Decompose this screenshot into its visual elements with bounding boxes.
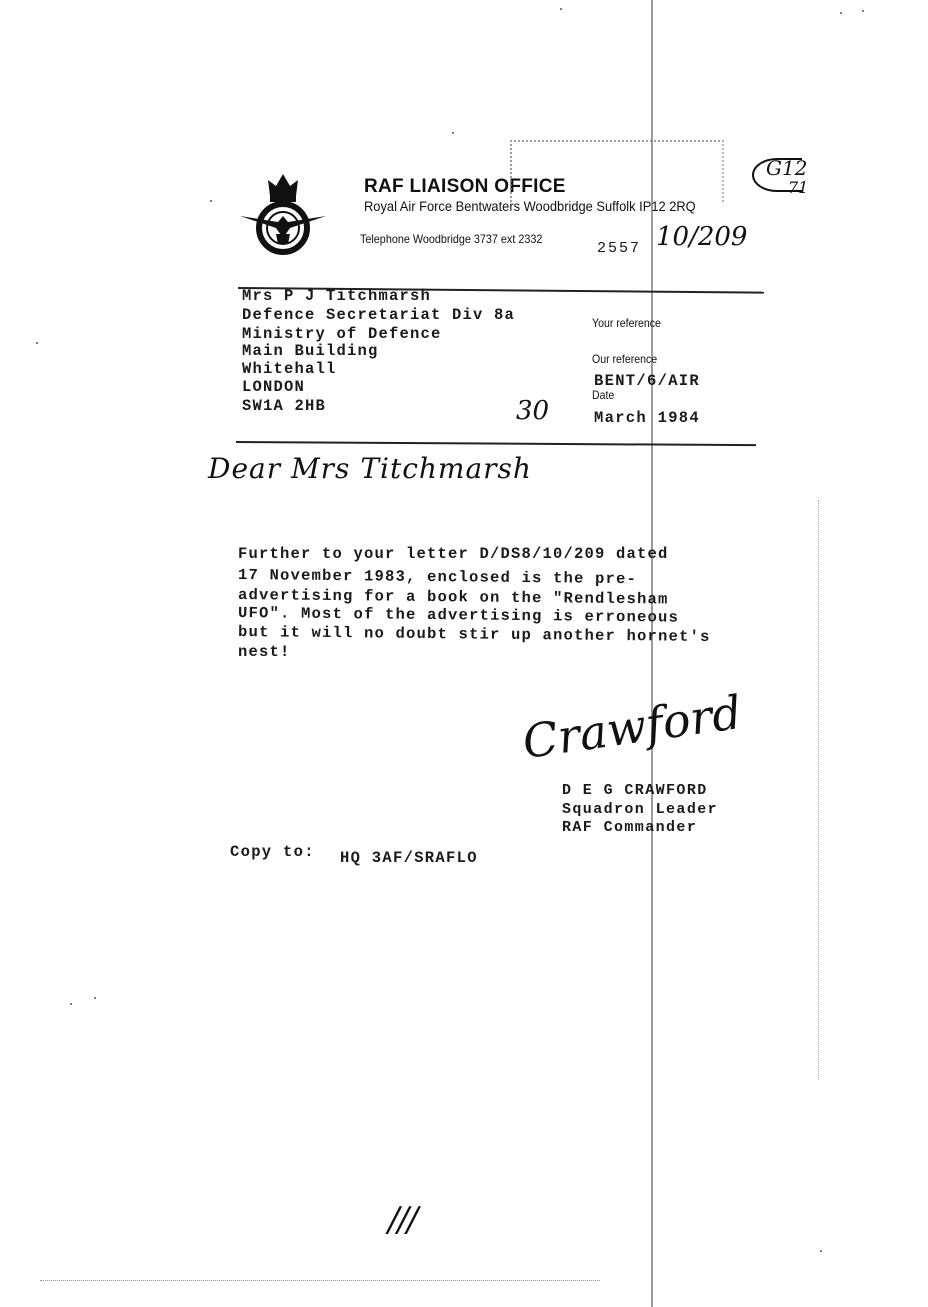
signatory-title: RAF Commander	[562, 819, 697, 836]
scan-speck	[210, 200, 212, 202]
scan-speck	[560, 8, 562, 10]
copy-to-label: Copy to:	[230, 843, 315, 861]
recipient-line: Defence Secretariat Div 8a	[242, 306, 515, 325]
signatory-name: D E G CRAWFORD	[562, 782, 708, 799]
recipient-line: SW1A 2HB	[242, 397, 326, 416]
our-reference-label: Our reference	[592, 352, 657, 366]
handwritten-file-mark: G12 71	[752, 152, 804, 192]
handwritten-salutation: Dear Mrs Titchmarsh	[208, 452, 532, 485]
body-line: 17 November 1983, enclosed is the pre-	[238, 566, 637, 588]
scan-speck	[820, 1250, 822, 1252]
body-line: nest!	[238, 643, 291, 661]
recipient-line: Main Building	[242, 342, 379, 361]
handwritten-page-mark: ///	[388, 1200, 416, 1240]
scan-margin-right	[818, 500, 820, 1080]
body-line: but it will no doubt stir up another hor…	[238, 623, 711, 646]
recipient-line: LONDON	[242, 378, 305, 397]
scan-speck	[94, 997, 96, 999]
bottom-rule	[236, 441, 756, 446]
signatory-rank: Squadron Leader	[562, 801, 718, 818]
office-telephone: Telephone Woodbridge 3737 ext 2332	[360, 232, 542, 246]
copy-to-value: HQ 3AF/SRAFLO	[340, 849, 478, 867]
typed-extension: 2557	[597, 240, 641, 257]
scan-noise-bottom	[40, 1280, 600, 1283]
scan-speck	[452, 132, 454, 134]
scan-speck	[36, 342, 38, 344]
recipient-line: Mrs P J Titchmarsh	[242, 287, 431, 306]
date-label: Date	[592, 388, 614, 402]
handwritten-reference: 10/209	[656, 222, 747, 252]
scan-speck	[70, 1003, 72, 1005]
body-line: Further to your letter D/DS8/10/209 date…	[238, 545, 669, 563]
handwritten-date-day: 30	[516, 396, 549, 426]
handwritten-signature: Crawford	[519, 685, 745, 769]
scan-speck	[840, 12, 842, 14]
recipient-line: Whitehall	[242, 360, 337, 379]
scan-speck	[862, 10, 864, 12]
raf-crest-icon	[238, 166, 328, 258]
your-reference-label: Your reference	[592, 316, 661, 330]
date-value: March 1984	[594, 409, 700, 427]
faded-stamp	[510, 140, 724, 202]
